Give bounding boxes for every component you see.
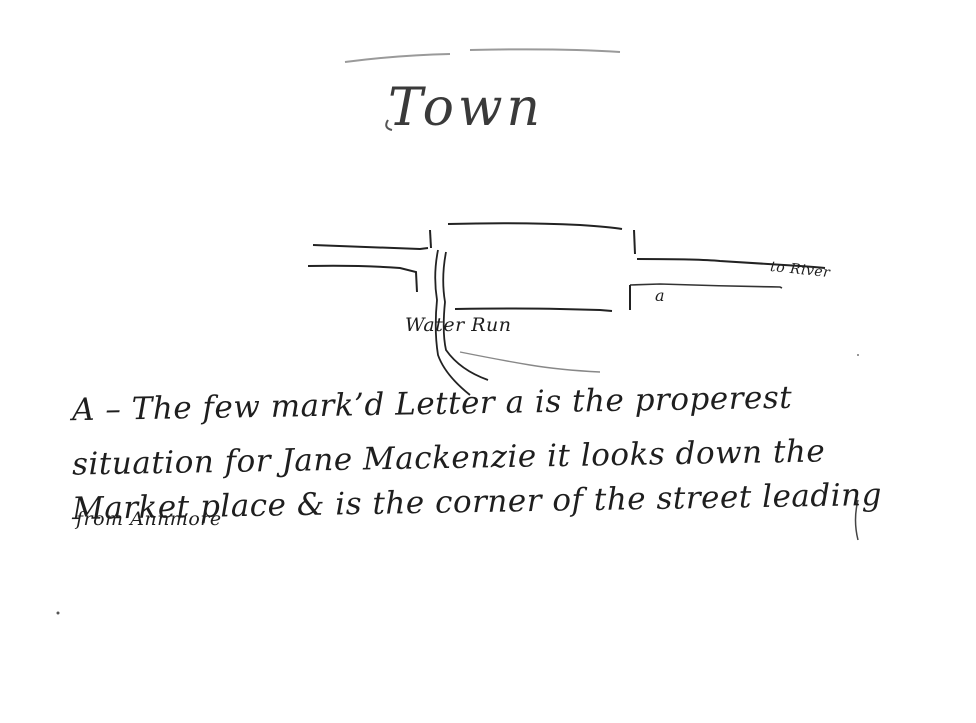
street-right-lower (630, 284, 782, 288)
street-left-upper (313, 245, 428, 249)
paper-edge-mark (345, 49, 620, 62)
manuscript-page: Town Water Run to River a A – The few ma… (0, 0, 976, 723)
market-place-top (448, 223, 622, 229)
map-site-mark-a: a (655, 286, 665, 305)
page-title: Town (388, 78, 544, 138)
map-label-water-run: Water Run (405, 314, 512, 336)
note-line-4: from Annmore (76, 508, 222, 530)
market-place-bottom (455, 309, 612, 312)
street-left-lower (308, 266, 417, 292)
water-run-faint (460, 352, 600, 372)
